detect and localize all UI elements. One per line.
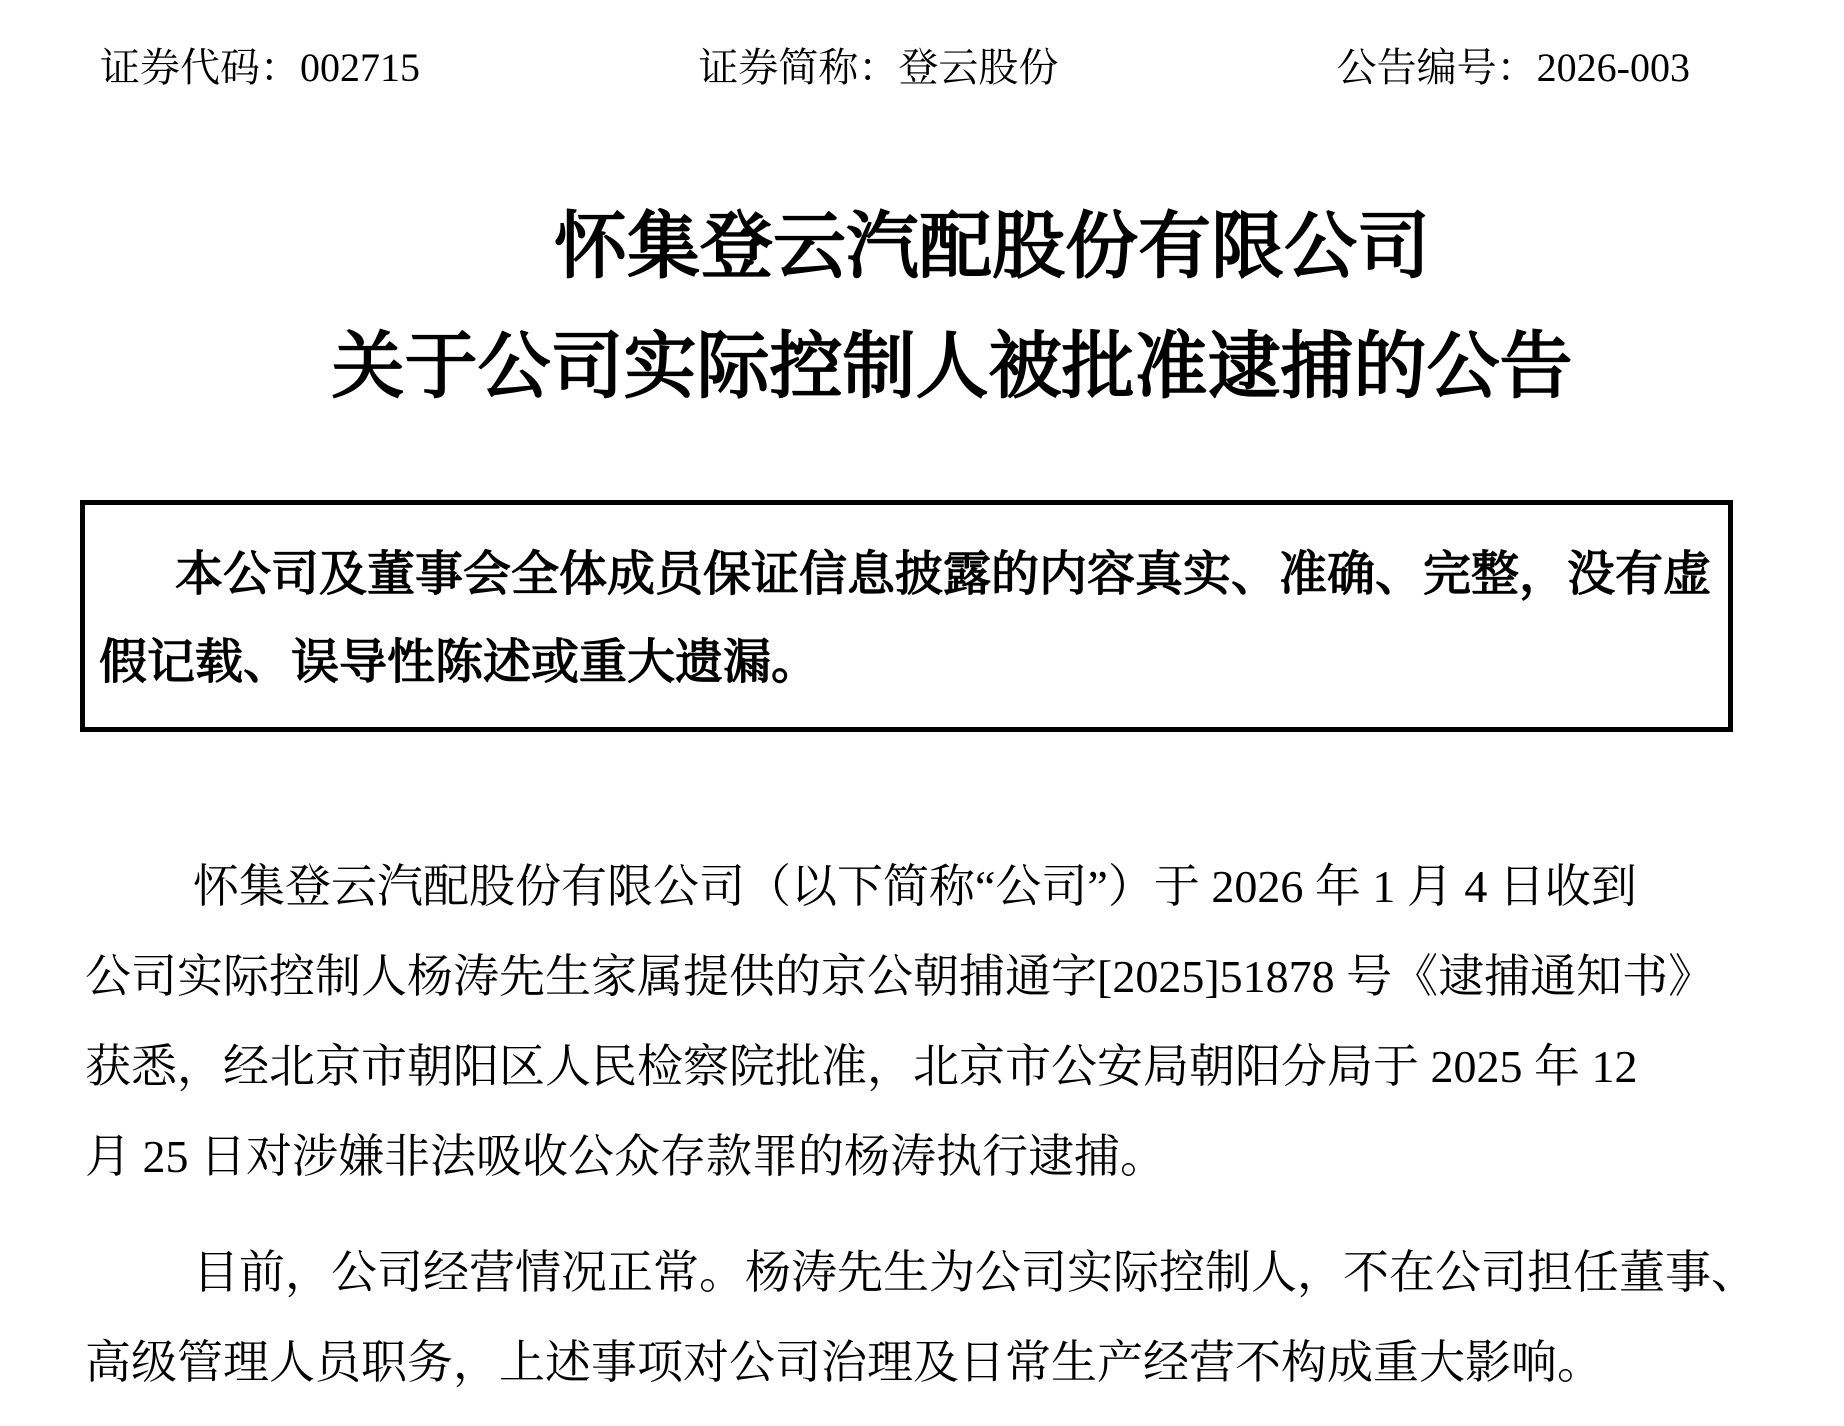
document-header: 证券代码：002715 证券简称：登云股份 公告编号：2026-003 (0, 45, 1844, 90)
announcement-number: 公告编号：2026-003 (1337, 45, 1690, 90)
body-line: 公司实际控制人杨涛先生家属提供的京公朝捕通字[2025]51878 号《逮捕通知… (85, 932, 1735, 1022)
document-content: 本公司及董事会全体成员保证信息披露的内容真实、准确、完整，没有虚 假记载、误导性… (0, 500, 1844, 1408)
stock-code: 证券代码：002715 (100, 45, 420, 90)
body-line: 月 25 日对涉嫌非法吸收公众存款罪的杨涛执行逮捕。 (85, 1112, 1735, 1202)
stock-abbreviation: 证券简称：登云股份 (698, 45, 1058, 90)
body-line: 目前，公司经营情况正常。杨涛先生为公司实际控制人，不在公司担任董事、 (85, 1228, 1735, 1318)
body-paragraph: 怀集登云汽配股份有限公司（以下简称“公司”）于 2026 年 1 月 4 日收到… (85, 842, 1735, 1202)
disclaimer-line: 假记载、误导性陈述或重大遗漏。 (99, 619, 1712, 707)
announcement-number-value: 2026-003 (1537, 45, 1690, 90)
stock-code-value: 002715 (300, 45, 420, 90)
body-line: 获悉，经北京市朝阳区人民检察院批准，北京市公安局朝阳分局于 2025 年 12 (85, 1022, 1735, 1112)
announcement-title: 关于公司实际控制人被批准逮捕的公告 (30, 322, 1844, 412)
body-line: 高级管理人员职务，上述事项对公司治理及日常生产经营不构成重大影响。 (85, 1318, 1735, 1408)
company-title: 怀集登云汽配股份有限公司 (70, 202, 1844, 292)
stock-abbreviation-value: 登云股份 (898, 45, 1058, 90)
body-paragraph: 目前，公司经营情况正常。杨涛先生为公司实际控制人，不在公司担任董事、 高级管理人… (85, 1228, 1735, 1408)
disclaimer-box: 本公司及董事会全体成员保证信息披露的内容真实、准确、完整，没有虚 假记载、误导性… (80, 500, 1733, 732)
announcement-document: 证券代码：002715 证券简称：登云股份 公告编号：2026-003 怀集登云… (0, 0, 1844, 1426)
body-line: 怀集登云汽配股份有限公司（以下简称“公司”）于 2026 年 1 月 4 日收到 (85, 842, 1735, 932)
stock-abbreviation-label: 证券简称： (698, 45, 898, 90)
disclaimer-line: 本公司及董事会全体成员保证信息披露的内容真实、准确、完整，没有虚 (99, 531, 1712, 619)
announcement-number-label: 公告编号： (1337, 45, 1537, 90)
stock-code-label: 证券代码： (100, 45, 300, 90)
